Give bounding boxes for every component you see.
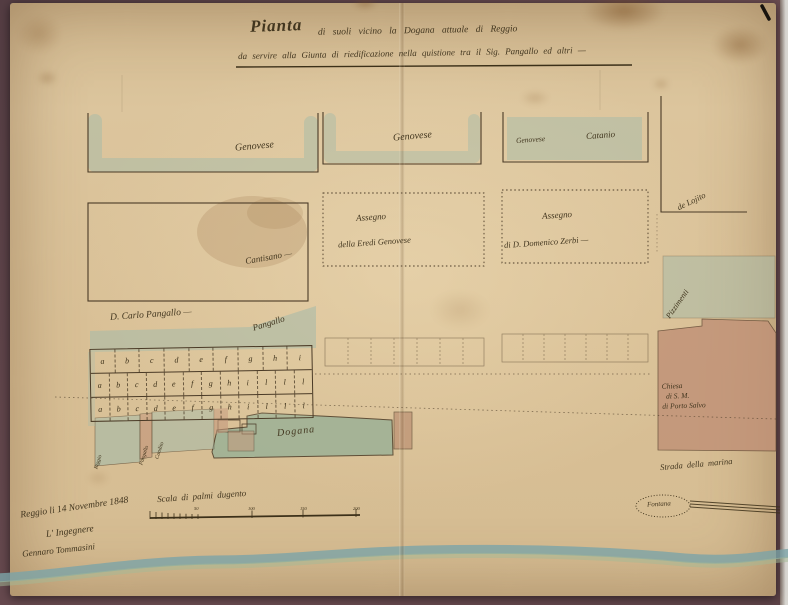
stain xyxy=(36,70,58,86)
lot-grid-row: abcdefghilll xyxy=(91,369,312,397)
lot-cell: c xyxy=(140,349,165,372)
scale-tick-label: 50 xyxy=(194,506,199,511)
paper-fold xyxy=(399,3,405,596)
lot-cell: f xyxy=(184,396,203,419)
lot-cell: g xyxy=(238,347,263,370)
lot-cell: b xyxy=(110,397,129,420)
lot-cell: c xyxy=(128,397,147,420)
stain xyxy=(712,26,768,64)
stain xyxy=(86,470,110,486)
scale-tick-labels: 50100150200 xyxy=(150,506,365,520)
lot-cell: l xyxy=(295,394,313,417)
lot-cell: d xyxy=(146,373,165,396)
lot-grid-row: abcdefghilll xyxy=(91,393,312,421)
lot-cell: i xyxy=(239,395,258,418)
allotment-left-line1: Assegno xyxy=(356,211,387,223)
stain xyxy=(430,290,490,330)
lot-cell: a xyxy=(90,350,115,373)
lot-cell: g xyxy=(202,396,221,419)
lot-cell: e xyxy=(165,372,184,395)
allotment-right-line1: Assegno xyxy=(542,209,573,221)
photo-right-edge xyxy=(780,0,788,605)
lot-cell: l xyxy=(294,370,312,393)
lot-cell: l xyxy=(276,370,295,393)
lot-cell: i xyxy=(288,346,312,369)
chiesa-label: Chiesa di S. M. di Porto Salvo xyxy=(661,380,705,411)
stain xyxy=(652,78,670,90)
lot-cell: d xyxy=(147,397,166,420)
lot-cell: l xyxy=(258,395,277,418)
lot-cell: c xyxy=(128,373,147,396)
lot-cell: b xyxy=(115,349,140,372)
lot-cell: g xyxy=(202,372,221,395)
lot-cell: f xyxy=(183,372,202,395)
parcel-label-catanio: Catanio xyxy=(586,129,616,141)
lot-cell: d xyxy=(164,348,189,371)
lot-cell: i xyxy=(239,371,258,394)
lot-cell: e xyxy=(189,348,214,371)
chiesa-line3: di Porto Salvo xyxy=(662,400,706,412)
plan-title-main: Pianta xyxy=(250,15,303,37)
lot-cell: h xyxy=(220,371,239,394)
scale-tick-label: 200 xyxy=(353,506,360,511)
lot-cell: h xyxy=(263,346,288,369)
lot-cell: e xyxy=(165,396,184,419)
scale-tick-label: 100 xyxy=(248,506,255,511)
scale-tick-label: 150 xyxy=(300,506,307,511)
lot-cell: a xyxy=(91,398,110,421)
lot-cell: l xyxy=(257,371,276,394)
lot-cell: b xyxy=(109,373,128,396)
lot-grid: abcdefghiabcdefghilllabcdefghilll xyxy=(89,345,313,422)
stain xyxy=(520,90,550,106)
lot-cell: h xyxy=(221,395,240,418)
lot-grid-row: abcdefghi xyxy=(90,346,311,373)
lot-cell: f xyxy=(214,347,239,370)
photographed-plan: { "colors":{"wash_green":"#a9bba8","wash… xyxy=(0,0,788,605)
lot-cell: a xyxy=(91,374,110,397)
stain xyxy=(16,14,62,54)
lot-cell: l xyxy=(276,394,295,417)
fontana-label: Fontana xyxy=(647,499,671,508)
